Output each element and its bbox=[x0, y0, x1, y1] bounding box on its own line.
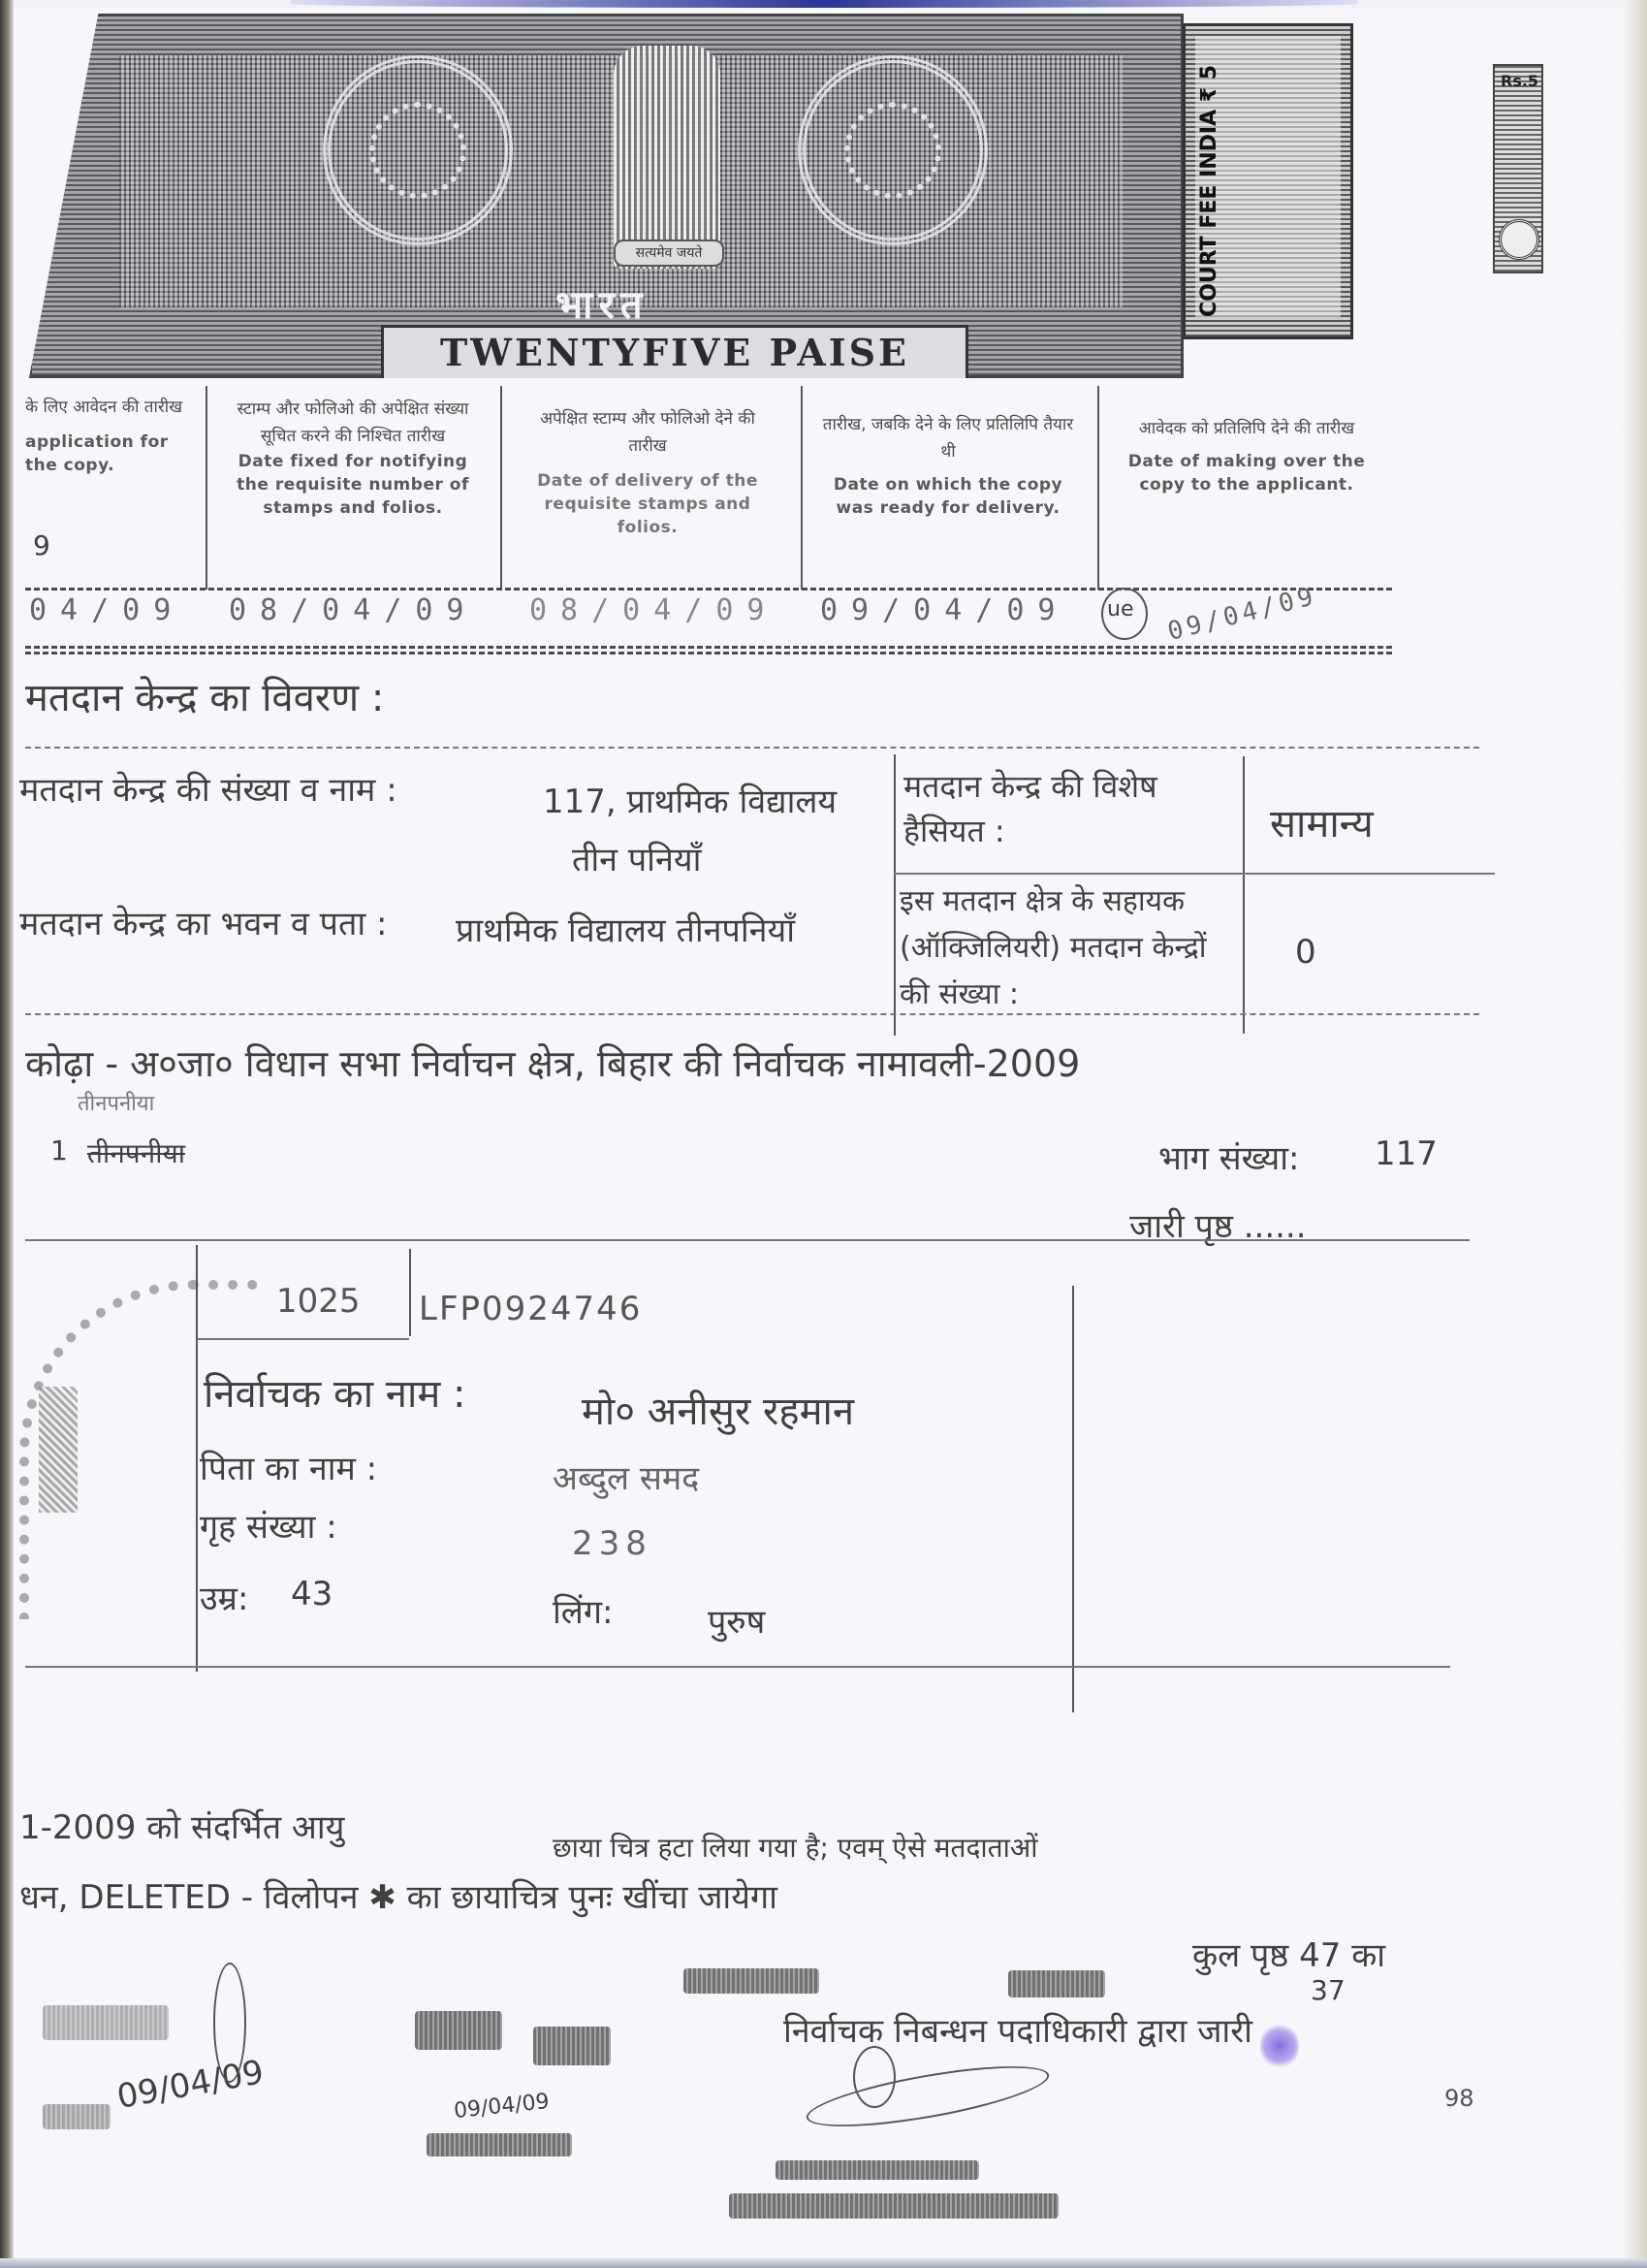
column-handover-date: आवेदक को प्रतिलिपि देने की तारीख Date of… bbox=[1097, 386, 1394, 590]
column-hindi: स्टाम्प और फोलिओ की अपेक्षित संख्या सूचि… bbox=[207, 396, 498, 450]
roll-title: कोढ़ा - अ०जा० विधान सभा निर्वाचन क्षेत्र… bbox=[25, 1038, 1080, 1088]
special-status-label: मतदान केन्द्र की विशेष हैसियत : bbox=[903, 764, 1238, 853]
column-english: Date fixed for notifying the requisite n… bbox=[207, 450, 498, 520]
section-rule bbox=[25, 747, 1479, 749]
section-number: 1 bbox=[50, 1134, 68, 1166]
part-label: भाग संख्या: bbox=[1158, 1134, 1300, 1179]
small-stamp-value: Rs.5 bbox=[1501, 72, 1538, 90]
section-name: तीनपनीया bbox=[87, 1134, 185, 1171]
scan-edge-bottom bbox=[0, 2258, 1647, 2268]
rubber-stamp-text bbox=[1008, 1970, 1105, 1997]
station-building-value: प्राथमिक विद्यालय तीनपनियाँ bbox=[456, 907, 795, 951]
father-name-value: अब्दुल समद bbox=[553, 1454, 699, 1499]
age-label: उम्र: bbox=[200, 1575, 248, 1619]
column-english: Date of delivery of the requisite stamps… bbox=[502, 469, 793, 539]
rubber-stamp-text bbox=[533, 2027, 611, 2065]
elector-name-label: निर्वाचक का नाम : bbox=[204, 1365, 465, 1419]
section-rule bbox=[25, 1239, 1470, 1241]
elector-box-bottom bbox=[25, 1666, 1450, 1668]
gender-value: पुरुष bbox=[708, 1598, 765, 1643]
court-fee-overprint: COURT FEE INDIA ₹ 5 bbox=[1195, 36, 1341, 317]
polling-station-heading: मतदान केन्द्र का विवरण : bbox=[25, 669, 384, 722]
column-hindi: तारीख, जबकि देने के लिए प्रतिलिपि तैयार … bbox=[803, 411, 1093, 465]
serial-rule bbox=[198, 1338, 409, 1340]
ink-stamp-mark bbox=[1260, 2022, 1299, 2070]
column-english: Date of making over the copy to the appl… bbox=[1099, 450, 1394, 496]
rubber-stamp-text bbox=[427, 2133, 572, 2156]
rubber-stamp-designation bbox=[729, 2193, 1059, 2219]
issued-by: निर्वाचक निबन्धन पदाधिकारी द्वारा जारी bbox=[783, 2007, 1252, 2052]
scan-edge-right bbox=[1622, 0, 1647, 2268]
deleted-note: धन, DELETED - विलोपन ✱ का छायाचित्र पुनः… bbox=[19, 1873, 777, 1918]
column-application-date: के लिए आवेदन की तारीख application for th… bbox=[25, 386, 205, 590]
signature-stroke bbox=[213, 1963, 246, 2083]
column-delivery-date: अपेक्षित स्टाम्प और फोलिओ देने की तारीख … bbox=[500, 386, 793, 590]
delivery-date-value: 08/04/09 bbox=[529, 593, 778, 648]
station-building-label: मतदान केन्द्र का भवन व पता : bbox=[19, 900, 387, 944]
age-value: 43 bbox=[291, 1575, 333, 1613]
flower-ornament-icon bbox=[323, 55, 513, 245]
stamp-denomination: TWENTYFIVE PAISE bbox=[381, 325, 968, 381]
copy-dates-table: के लिए आवेदन की तारीख application for th… bbox=[25, 386, 1392, 648]
box-divider bbox=[1243, 756, 1245, 1034]
rubber-stamp-text bbox=[43, 2005, 169, 2040]
table-divider bbox=[25, 588, 1392, 591]
column-ready-date: तारीख, जबकि देने के लिए प्रतिलिपि तैयार … bbox=[801, 386, 1093, 590]
station-number-value: 117, प्राथमिक विद्यालय bbox=[543, 778, 837, 822]
seal-emblem-icon bbox=[39, 1387, 78, 1513]
scan-artifact bbox=[291, 0, 1357, 8]
column-hindi: के लिए आवेदन की तारीख bbox=[25, 394, 205, 421]
officer-signature-loop bbox=[853, 2046, 896, 2108]
stamp-country: भारत bbox=[555, 276, 649, 330]
total-pages: कुल पृष्ठ 47 का bbox=[1192, 1932, 1385, 1976]
stamp-paper-header: सत्यमेव जयते भारत TWENTYFIVE PAISE bbox=[29, 14, 1184, 378]
page-number: 98 bbox=[1444, 2085, 1474, 2112]
scan-edge-left bbox=[0, 0, 14, 2268]
photo-removed-note: छाया चित्र हटा लिया गया है; एवम् ऐसे मतद… bbox=[553, 1829, 1037, 1866]
house-number-label: गृह संख्या : bbox=[200, 1503, 337, 1548]
serial-divider bbox=[409, 1249, 411, 1336]
special-status-value: सामान्य bbox=[1270, 795, 1374, 848]
rubber-stamp-text bbox=[415, 2011, 502, 2050]
column-notify-date: स्टाम्प और फोलिओ की अपेक्षित संख्या सूचि… bbox=[206, 386, 498, 590]
gender-label: लिंग: bbox=[553, 1588, 613, 1633]
station-number-label: मतदान केन्द्र की संख्या व नाम : bbox=[19, 766, 397, 811]
box-rule bbox=[894, 873, 1495, 875]
elector-serial-number: 1025 bbox=[276, 1282, 361, 1321]
stray-digit: 9 bbox=[33, 529, 50, 561]
column-english: Date on which the copy was ready for del… bbox=[803, 473, 1093, 520]
rubber-stamp-text bbox=[683, 1968, 819, 1994]
stamp-motto: सत्यमेव जयते bbox=[614, 240, 724, 267]
notify-date-value: 08/04/09 bbox=[229, 593, 478, 648]
national-emblem-icon bbox=[614, 46, 720, 269]
court-fee-stamp: COURT FEE INDIA ₹ 5 bbox=[1183, 23, 1353, 339]
auxiliary-stations-label: इस मतदान क्षेत्र के सहायक (ऑक्जिलियरी) म… bbox=[900, 878, 1239, 1018]
column-english: application for the copy. bbox=[25, 431, 205, 477]
section-rule bbox=[25, 1013, 1479, 1015]
house-number-value: 238 bbox=[572, 1524, 652, 1563]
rubber-stamp-text bbox=[43, 2104, 111, 2129]
age-reference-note: 1-2009 को संदर्भित आयु bbox=[19, 1804, 344, 1848]
ready-date-value: 09/04/09 bbox=[820, 593, 1069, 648]
epic-number: LFP0924746 bbox=[419, 1290, 642, 1328]
flower-ornament-icon bbox=[798, 55, 988, 245]
elector-name-value: मो० अनीसुर रहमान bbox=[582, 1383, 854, 1436]
application-date-value: 04/09 bbox=[29, 593, 184, 648]
column-hindi: आवेदक को प्रतिलिपि देने की तारीख bbox=[1099, 415, 1394, 442]
part-value: 117 bbox=[1375, 1134, 1438, 1173]
elector-box-right-border bbox=[1072, 1286, 1074, 1712]
initials: ue bbox=[1107, 597, 1133, 622]
elector-box-left-border bbox=[196, 1245, 198, 1672]
column-hindi: अपेक्षित स्टाम्प और फोलिओ देने की तारीख bbox=[502, 405, 793, 460]
station-number-value-line2: तीन पनियाँ bbox=[572, 836, 701, 880]
box-divider bbox=[894, 754, 896, 1036]
auxiliary-stations-value: 0 bbox=[1295, 933, 1316, 972]
ashoka-wheel-icon bbox=[1499, 219, 1539, 260]
village-note: तीनपनीया bbox=[78, 1088, 154, 1117]
page-of: 37 bbox=[1311, 1974, 1346, 2006]
father-name-label: पिता का नाम : bbox=[200, 1445, 377, 1489]
rubber-stamp-designation bbox=[776, 2160, 979, 2180]
